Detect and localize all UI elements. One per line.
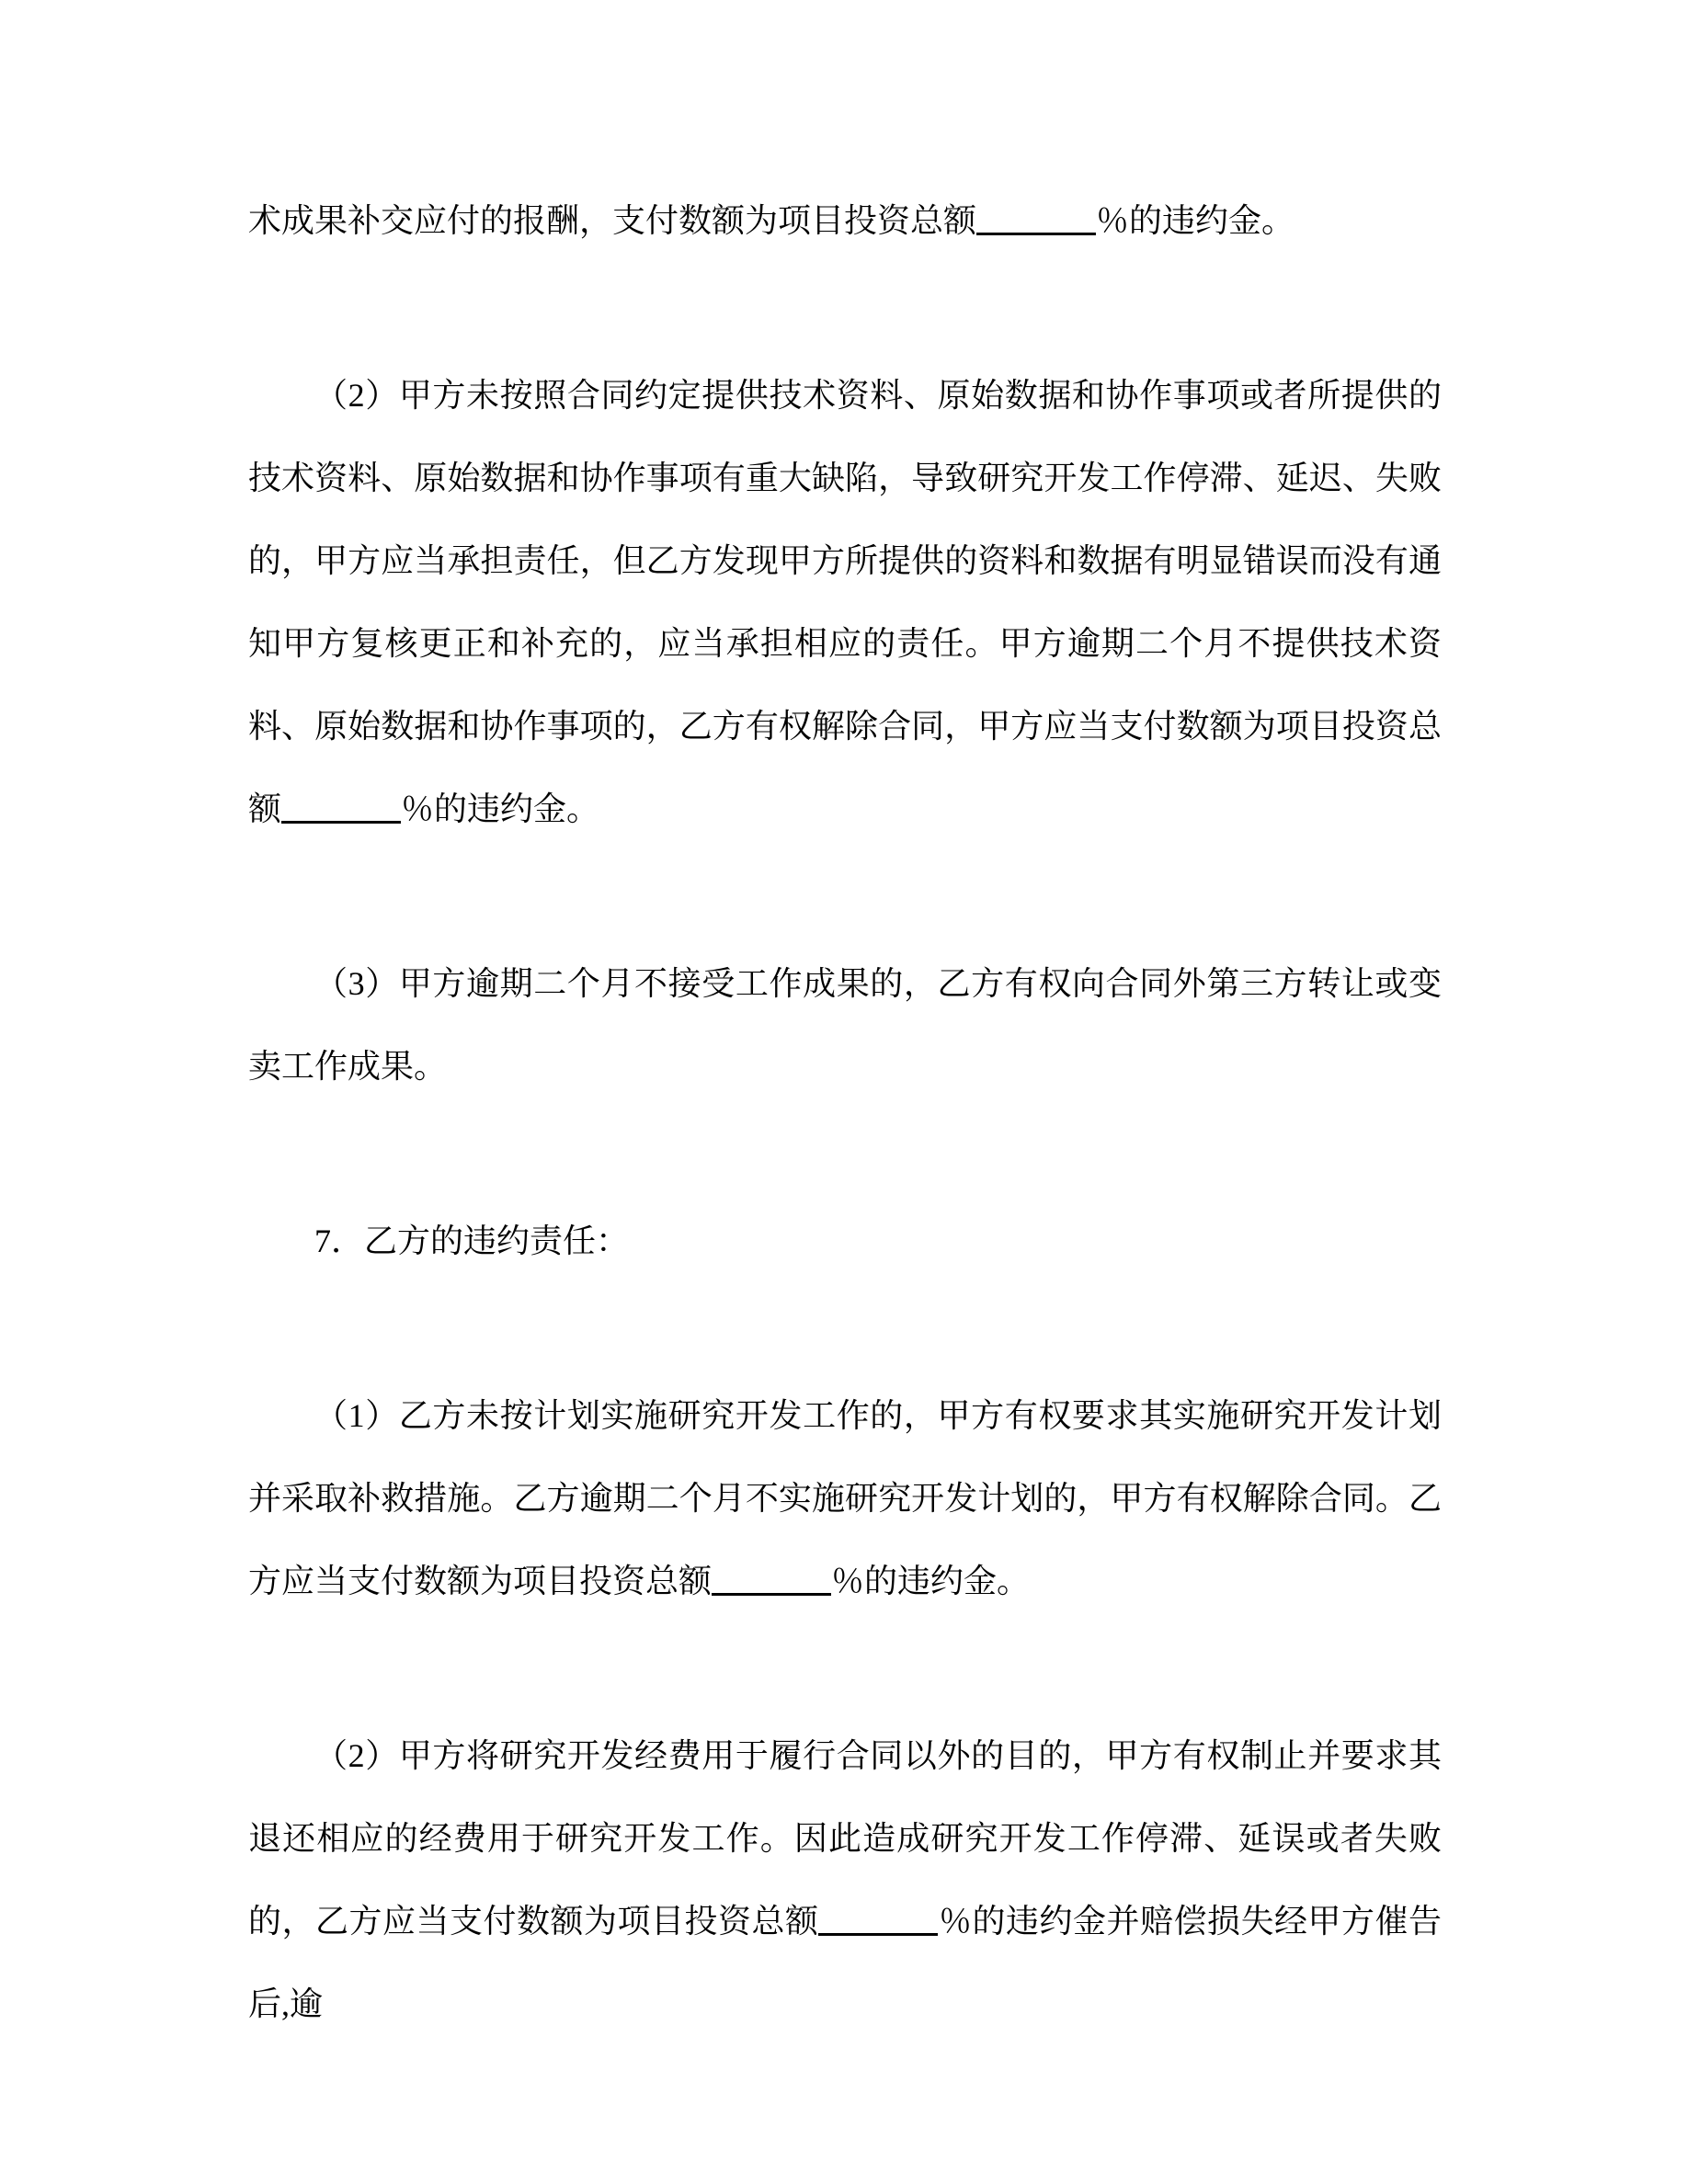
section-heading-party-b-liability: 7．乙方的违约责任： [248,1200,1442,1282]
paragraph-party-a-breach-clause-3: （3）甲方逾期二个月不接受工作成果的，乙方有权向合同外第三方转让或变卖工作成果。 [248,942,1442,1108]
fill-in-blank-underline [976,228,1096,235]
paragraph-text: （2）甲方未按照合同约定提供技术资料、原始数据和协作事项或者所提供的技术资料、原… [248,377,1442,827]
fill-in-blank-underline [281,816,401,824]
paragraph-text: ％的违约金。 [1096,202,1295,239]
paragraph-party-b-breach-clause-2: （2）甲方将研究开发经费用于履行合同以外的目的，甲方有权制止并要求其退还相应的经… [248,1714,1442,2045]
paragraph-text: ％的违约金。 [401,791,599,827]
paragraph-text: （3）甲方逾期二个月不接受工作成果的，乙方有权向合同外第三方转让或变卖工作成果。 [248,965,1442,1085]
fill-in-blank-underline [712,1588,831,1596]
fill-in-blank-underline [818,1928,938,1936]
heading-text: 7．乙方的违约责任： [314,1223,629,1259]
paragraph-text: ％的违约金。 [831,1563,1030,1599]
document-page: 术成果补交应付的报酬，支付数额为项目投资总额％的违约金。 （2）甲方未按照合同约… [0,0,1688,2184]
paragraph-payment-continuation: 术成果补交应付的报酬，支付数额为项目投资总额％的违约金。 [248,179,1442,262]
paragraph-party-a-breach-clause-2: （2）甲方未按照合同约定提供技术资料、原始数据和协作事项或者所提供的技术资料、原… [248,354,1442,850]
paragraph-text: 术成果补交应付的报酬，支付数额为项目投资总额 [248,202,976,239]
paragraph-party-b-breach-clause-1: （1）乙方未按计划实施研究开发工作的，甲方有权要求其实施研究开发计划并采取补救措… [248,1374,1442,1622]
